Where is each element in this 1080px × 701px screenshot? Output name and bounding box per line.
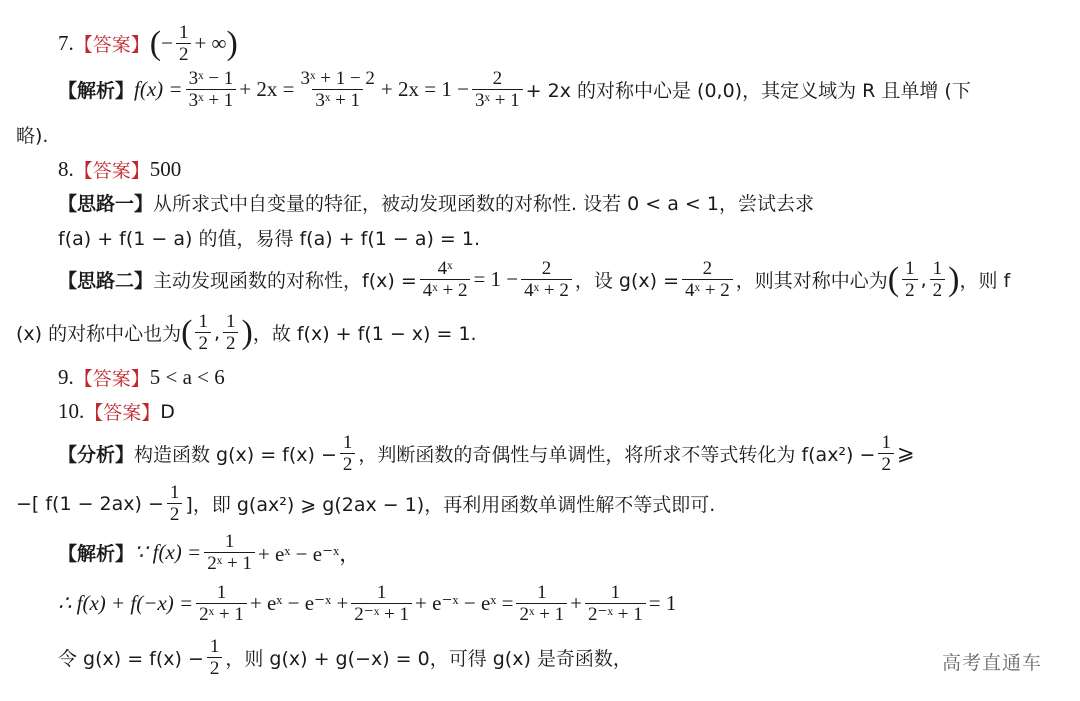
q10-analysis-line: 【分析】 构造函数 g(x) = f(x) − 12 ，判断函数的奇偶性与单调性… <box>58 432 915 475</box>
q8-idea1-line: 【思路一】 从所求式中自变量的特征，被动发现函数的对称性. 设若 0 < a <… <box>58 189 814 216</box>
q10-solution-line3: 令 g(x) = f(x) − 12 ，则 g(x) + g(−x) = 0，可… <box>58 636 632 679</box>
q9-answer: 5 < a < 6 <box>150 365 225 390</box>
minus-sign: − <box>161 31 173 56</box>
q7-analysis-line: 【解析】 f(x) = 3ˣ − 1 3ˣ + 1 + 2x = 3ˣ + 1 … <box>58 68 971 111</box>
q8-answer-tag: 【答案】 <box>74 156 150 183</box>
watermark: 高考直通车 <box>942 648 1042 675</box>
q8-answer: 500 <box>150 157 182 182</box>
q7-answer-line: 7. 【答案】 ( − 1 2 + ∞ ) <box>58 22 238 65</box>
q10-answer: D <box>160 401 175 423</box>
fraction: 2 4ˣ + 2 <box>521 258 572 301</box>
fraction: 2 3ˣ + 1 <box>472 68 523 111</box>
plus-infinity: + ∞ <box>194 31 226 56</box>
q8-idea1-line2: f(a) + f(1 − a) 的值，易得 f(a) + f(1 − a) = … <box>58 224 480 251</box>
q10-analysis-line2: −[ f(1 − 2ax) − 12 ]，即 g(ax²) ⩾ g(2ax − … <box>16 482 715 525</box>
q8-number: 8. <box>58 157 74 182</box>
q10-solution-line1: 【解析】 ∵ f(x) = 12ˣ + 1 + eˣ − e⁻ˣ， <box>58 531 360 574</box>
fraction: 2 4ˣ + 2 <box>682 258 733 301</box>
left-paren: ( <box>150 27 161 61</box>
fraction: 3ˣ + 1 − 2 3ˣ + 1 <box>297 68 377 111</box>
q10-answer-line: 10. 【答案】 D <box>58 398 175 425</box>
right-paren: ) <box>227 27 238 61</box>
q8-answer-line: 8. 【答案】 500 <box>58 156 181 183</box>
q8-idea2-line2: (x) 的对称中心也为 ( 12, 12 ) ，故 f(x) + f(1 − x… <box>16 311 477 354</box>
q7-number: 7. <box>58 31 74 56</box>
fraction: 3ˣ − 1 3ˣ + 1 <box>186 68 237 111</box>
q10-solution-line2: ∴ f(x) + f(−x) = 12ˣ + 1 + eˣ − e⁻ˣ + 12… <box>58 582 676 625</box>
q9-answer-line: 9. 【答案】 5 < a < 6 <box>58 364 225 391</box>
q7-answer-tag: 【答案】 <box>74 30 150 57</box>
q8-idea2-line: 【思路二】 主动发现函数的对称性，f(x) = 4ˣ 4ˣ + 2 = 1 − … <box>58 258 1010 301</box>
q7-continuation: 略). <box>16 121 48 148</box>
fraction-half: 1 2 <box>176 22 192 65</box>
fraction: 4ˣ 4ˣ + 2 <box>420 258 471 301</box>
q7-analysis-tag: 【解析】 <box>58 76 134 103</box>
